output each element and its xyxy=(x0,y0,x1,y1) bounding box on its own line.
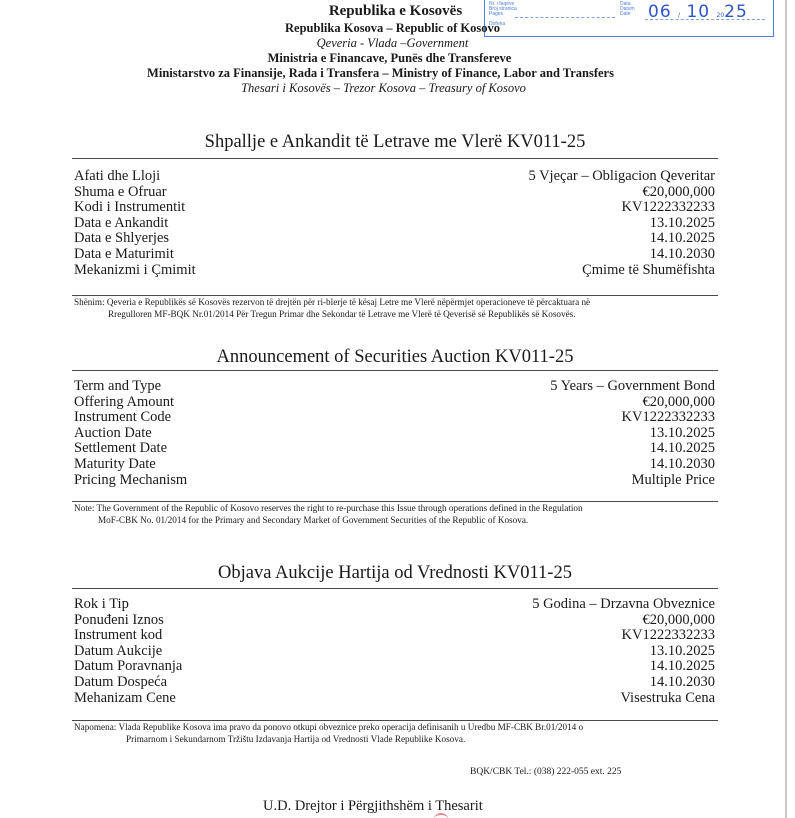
section-note: Napomena: Vlada Republike Kosova ima pra… xyxy=(74,722,724,745)
row-label: Offering Amount xyxy=(74,395,174,411)
divider xyxy=(72,588,718,589)
note-line: Note: The Government of the Republic of … xyxy=(74,503,724,515)
row-label: Mekanizmi i Çmimit xyxy=(74,263,196,279)
contact-phone: BQK/CBK Tel.: (038) 222-055 ext. 225 xyxy=(470,767,621,777)
row-value: Visestruka Cena xyxy=(620,691,715,707)
row-label: Instrument kod xyxy=(74,628,162,644)
header-republic-multilingual: Republika Kosova – Republic of Kosovo xyxy=(0,21,790,36)
table-row: Auction Date13.10.2025 xyxy=(72,426,718,442)
row-label: Datum Aukcije xyxy=(74,644,162,660)
row-label: Rok i Tip xyxy=(74,597,129,613)
divider xyxy=(72,501,718,502)
auction-details-table: Rok i Tip5 Godina – Drzavna Obveznice Po… xyxy=(72,597,718,706)
table-row: Datum Poravnanja14.10.2025 xyxy=(72,659,718,675)
row-value: €20,000,000 xyxy=(643,613,716,629)
stamp-seal-fragment xyxy=(434,813,448,818)
table-row: Offering Amount€20,000,000 xyxy=(72,395,718,411)
header-government: Qeveria - Vlada –Government xyxy=(0,36,790,51)
page-edge xyxy=(785,0,787,818)
table-row: Ponuđeni Iznos€20,000,000 xyxy=(72,613,718,629)
table-row: Data e Shlyerjes14.10.2025 xyxy=(72,231,718,247)
row-label: Instrument Code xyxy=(74,410,171,426)
table-row: Instrument kodKV1222332233 xyxy=(72,628,718,644)
auction-details-table: Term and Type5 Years – Government Bond O… xyxy=(72,379,718,488)
divider xyxy=(72,370,718,371)
note-line: Primarnom i Sekundarnom Tržištu Izdavanj… xyxy=(74,734,724,746)
table-row: Kodi i InstrumentitKV1222332233 xyxy=(72,200,718,216)
table-row: Rok i Tip5 Godina – Drzavna Obveznice xyxy=(72,597,718,613)
row-value: 14.10.2030 xyxy=(650,247,715,263)
auction-details-table: Afati dhe Lloji5 Vjeçar – Obligacion Qev… xyxy=(72,169,718,278)
row-label: Kodi i Instrumentit xyxy=(74,200,185,216)
table-row: Term and Type5 Years – Government Bond xyxy=(72,379,718,395)
section-note: Shënim: Qeveria e Republikës së Kosovës … xyxy=(74,297,724,320)
row-label: Mehanizam Cene xyxy=(74,691,176,707)
header-treasury: Thesari i Kosovës – Trezor Kosova – Trea… xyxy=(0,81,781,96)
table-row: Datum Dospeća14.10.2030 xyxy=(72,675,718,691)
row-label: Data e Maturimit xyxy=(74,247,174,263)
row-value: 14.10.2030 xyxy=(650,457,715,473)
row-value: €20,000,000 xyxy=(643,395,716,411)
row-label: Shuma e Ofruar xyxy=(74,185,167,201)
table-row: Mekanizmi i ÇmimitÇmime të Shumëfishta xyxy=(72,263,718,279)
signatory-title: U.D. Drejtor i Përgjithshëm i Thesarit xyxy=(263,798,483,815)
row-label: Term and Type xyxy=(74,379,161,395)
section-title: Objava Aukcije Hartija od Vrednosti KV01… xyxy=(72,563,718,584)
header-republic-albanian: Republika e Kosovës xyxy=(0,3,793,20)
row-value: 14.10.2025 xyxy=(650,231,715,247)
row-value: 14.10.2030 xyxy=(650,675,715,691)
table-row: Maturity Date14.10.2030 xyxy=(72,457,718,473)
section-note: Note: The Government of the Republic of … xyxy=(74,503,724,526)
table-row: Settlement Date14.10.2025 xyxy=(72,441,718,457)
row-value: 14.10.2025 xyxy=(650,441,715,457)
row-value: 5 Vjeçar – Obligacion Qeveritar xyxy=(528,169,715,185)
row-label: Datum Dospeća xyxy=(74,675,167,691)
row-label: Data e Shlyerjes xyxy=(74,231,169,247)
table-row: Instrument CodeKV1222332233 xyxy=(72,410,718,426)
section-title: Announcement of Securities Auction KV011… xyxy=(72,347,718,368)
row-value: 5 Years – Government Bond xyxy=(550,379,715,395)
table-row: Data e Ankandit13.10.2025 xyxy=(72,216,718,232)
table-row: Pricing MechanismMultiple Price xyxy=(72,473,718,489)
divider xyxy=(72,158,718,159)
row-value: Çmime të Shumëfishta xyxy=(582,263,715,279)
row-value: KV1222332233 xyxy=(622,410,715,426)
row-value: 14.10.2025 xyxy=(650,659,715,675)
row-label: Afati dhe Lloji xyxy=(74,169,160,185)
row-value: €20,000,000 xyxy=(643,185,716,201)
row-label: Auction Date xyxy=(74,426,152,442)
row-value: Multiple Price xyxy=(632,473,715,489)
divider xyxy=(72,295,718,296)
row-value: 13.10.2025 xyxy=(650,426,715,442)
row-label: Settlement Date xyxy=(74,441,167,457)
row-label: Data e Ankandit xyxy=(74,216,168,232)
row-value: 5 Godina – Drzavna Obveznice xyxy=(532,597,715,613)
note-line: Shënim: Qeveria e Republikës së Kosovës … xyxy=(74,297,724,309)
note-line: MoF-CBK No. 01/2014 for the Primary and … xyxy=(74,515,724,527)
row-value: KV1222332233 xyxy=(622,628,715,644)
header-ministry-albanian: Ministria e Financave, Punës dhe Transfe… xyxy=(0,51,787,66)
table-row: Shuma e Ofruar€20,000,000 xyxy=(72,185,718,201)
row-value: KV1222332233 xyxy=(622,200,715,216)
table-row: Mehanizam CeneVisestruka Cena xyxy=(72,691,718,707)
row-label: Ponuđeni Iznos xyxy=(74,613,164,629)
section-title: Shpallje e Ankandit të Letrave me Vlerë … xyxy=(72,132,718,153)
row-label: Pricing Mechanism xyxy=(74,473,187,489)
row-label: Datum Poravnanja xyxy=(74,659,182,675)
header-ministry-multilingual: Ministarstvo za Finansije, Rada i Transf… xyxy=(0,66,778,81)
note-line: Napomena: Vlada Republike Kosova ima pra… xyxy=(74,722,724,734)
row-value: 13.10.2025 xyxy=(650,644,715,660)
note-line: Rregulloren MF-BQK Nr.01/2014 Për Tregun… xyxy=(74,309,724,321)
table-row: Afati dhe Lloji5 Vjeçar – Obligacion Qev… xyxy=(72,169,718,185)
row-label: Maturity Date xyxy=(74,457,156,473)
table-row: Datum Aukcije13.10.2025 xyxy=(72,644,718,660)
row-value: 13.10.2025 xyxy=(650,216,715,232)
table-row: Data e Maturimit14.10.2030 xyxy=(72,247,718,263)
divider xyxy=(72,720,718,721)
